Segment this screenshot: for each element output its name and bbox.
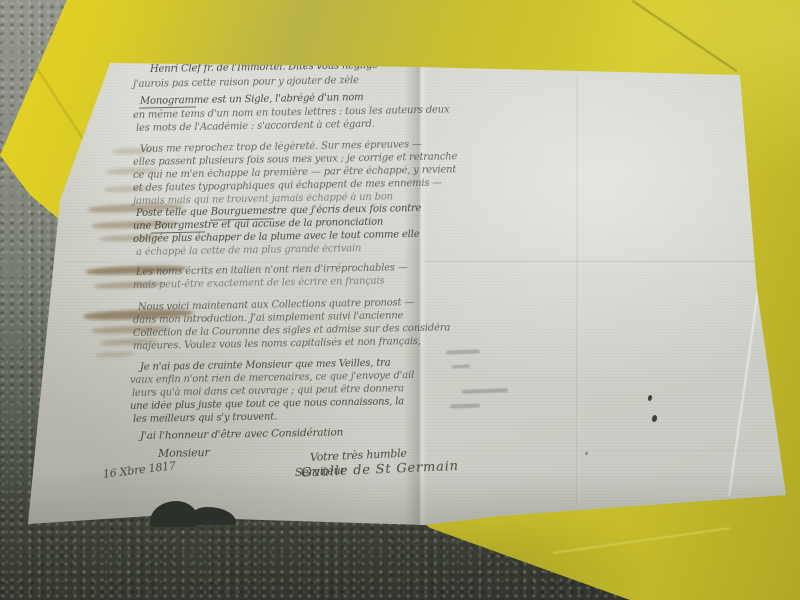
photo-scene: Henri Clef fr. de l'Immortel. Dites vous…	[0, 0, 800, 600]
torn-notch-lobe	[188, 507, 236, 525]
torn-notch	[0, 0, 800, 600]
